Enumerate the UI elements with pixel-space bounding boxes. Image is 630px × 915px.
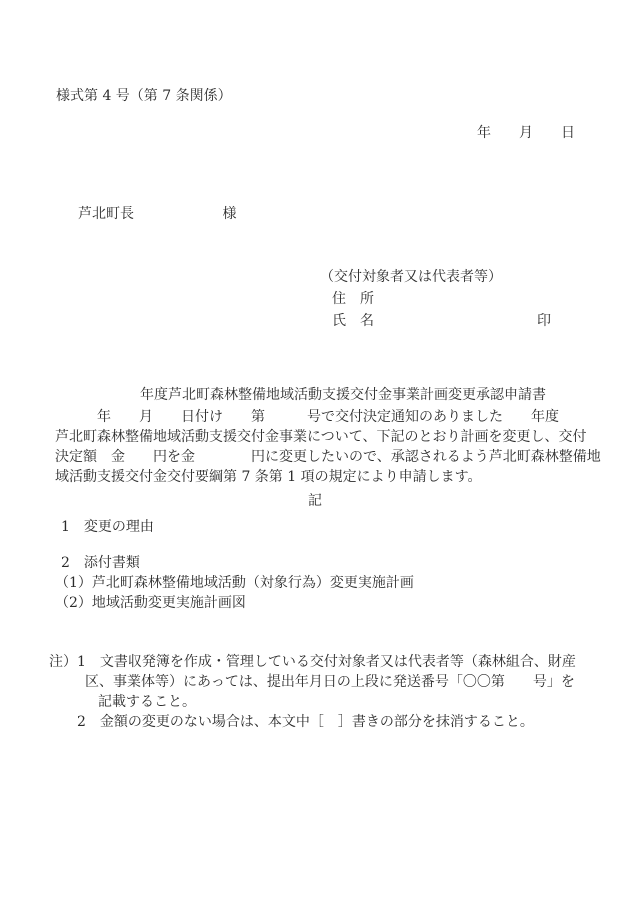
document-page: 様式第 4 号（第 7 条関係） 年 月 日 芦北町長 様 （交付対象者又は代表… — [0, 0, 630, 915]
note-line: 記載すること。 — [98, 692, 196, 712]
document-title: 年度芦北町森林整備地域活動支援交付金事業計画変更承認申請書 — [140, 385, 546, 405]
body-line: 決定額 金 円を金 円に変更したいので、承認されるよう芦北町森林整備地 — [55, 447, 601, 467]
note-line: 注）1 文書収発簿を作成・管理している交付対象者又は代表者等（森林組合、財産 — [49, 652, 576, 672]
attachment-item: （2）地域活動変更実施計画図 — [55, 593, 246, 613]
section1-heading: 1 変更の理由 — [61, 517, 154, 537]
applicant-name-label: 氏 名 — [332, 311, 374, 331]
date-line: 年 月 日 — [477, 123, 575, 143]
seal-mark: 印 — [537, 311, 551, 331]
note-line: 区、事業体等）にあっては、提出年月日の上段に発送番号「〇〇第 号」を — [85, 672, 575, 692]
recipient-line: 芦北町長 様 — [78, 204, 236, 224]
applicant-address-label: 住 所 — [332, 289, 374, 309]
section2-heading: 2 添付書類 — [61, 553, 140, 573]
body-line: 域活動支援交付金交付要綱第 7 条第 1 項の規定により申請します。 — [55, 467, 482, 487]
attachment-item: （1）芦北町森林整備地域活動（対象行為）変更実施計画 — [55, 573, 414, 593]
form-number: 様式第 4 号（第 7 条関係） — [56, 86, 232, 106]
applicant-heading: （交付対象者又は代表者等） — [320, 267, 502, 287]
note-line: 2 金額の変更のない場合は、本文中［ ］書きの部分を抹消すること。 — [77, 712, 534, 732]
body-line: 芦北町森林整備地域活動支援交付金事業について、下記のとおり計画を変更し、交付 — [55, 427, 586, 447]
body-line: 年 月 日付け 第 号で交付決定通知のありました 年度 — [55, 407, 559, 427]
record-marker: 記 — [308, 491, 322, 511]
